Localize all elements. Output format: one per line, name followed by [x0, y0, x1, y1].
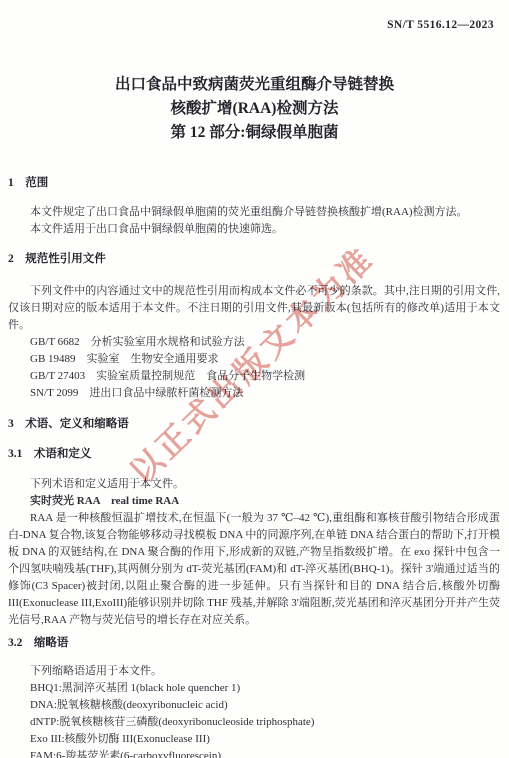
subsection-abbreviations-heading: 3.2 缩略语: [0, 637, 509, 650]
abbreviation-item: dNTP:脱氧核糖核苷三磷酸(deoxyribonucleoside triph…: [0, 714, 509, 731]
abbreviation-item: Exo III:核酸外切酶 III(Exonuclease III): [0, 731, 509, 748]
section-terms-heading: 3 术语、定义和缩略语: [0, 418, 509, 431]
reference-item: GB 19489 实验室 生物安全通用要求: [0, 351, 509, 368]
term-definition: RAA 是一种核酸恒温扩增技术,在恒温下(一般为 37 ℃–42 ℃),重组酶和…: [0, 510, 509, 629]
subsection-terms-heading: 3.1 术语和定义: [0, 448, 509, 461]
abbreviation-item: DNA:脱氧核糖核酸(deoxyribonucleic acid): [0, 697, 509, 714]
abbreviations-intro: 下列缩略语适用于本文件。: [0, 663, 509, 680]
section-scope-heading: 1 范围: [0, 177, 509, 190]
section-terms-definitions: 3 术语、定义和缩略语 3.1 术语和定义 下列术语和定义适用于本文件。 实时荧…: [0, 418, 509, 758]
scope-paragraph-1: 本文件规定了出口食品中铜绿假单胞菌的荧光重组酶介导链替换核酸扩增(RAA)检测方…: [0, 204, 509, 221]
doc-title: 出口食品中致病菌荧光重组酶介导链替换 核酸扩增(RAA)检测方法 第 12 部分…: [0, 73, 509, 145]
reference-item: GB/T 27403 实验室质量控制规范 食品分子生物学检测: [0, 368, 509, 385]
term-entry: 实时荧光 RAA real time RAA: [0, 493, 509, 510]
abbreviation-item: BHQ1:黑洞淬灭基团 1(black hole quencher 1): [0, 680, 509, 697]
scope-paragraph-2: 本文件适用于出口食品中铜绿假单胞菌的快速筛选。: [0, 221, 509, 238]
reference-item: GB/T 6682 分析实验室用水规格和试验方法: [0, 334, 509, 351]
doc-title-line-1: 出口食品中致病菌荧光重组酶介导链替换: [0, 73, 509, 97]
section-scope: 1 范围 本文件规定了出口食品中铜绿假单胞菌的荧光重组酶介导链替换核酸扩增(RA…: [0, 177, 509, 238]
section-references-heading: 2 规范性引用文件: [0, 253, 509, 266]
doc-number: SN/T 5516.12—2023: [0, 0, 509, 32]
terms-intro: 下列术语和定义适用于本文件。: [0, 476, 509, 493]
reference-item: SN/T 2099 进出口食品中绿脓杆菌检测方法: [0, 385, 509, 402]
section-normative-references: 2 规范性引用文件 下列文件中的内容通过文中的规范性引用而构成本文件必不可少的条…: [0, 253, 509, 402]
abbreviation-item: FAM:6-羧基荧光素(6-carboxyfluorescein): [0, 748, 509, 758]
standard-document-page: SN/T 5516.12—2023 出口食品中致病菌荧光重组酶介导链替换 核酸扩…: [0, 0, 509, 758]
doc-title-line-3: 第 12 部分:铜绿假单胞菌: [0, 121, 509, 145]
references-intro: 下列文件中的内容通过文中的规范性引用而构成本文件必不可少的条款。其中,注日期的引…: [0, 283, 509, 334]
doc-title-line-2: 核酸扩增(RAA)检测方法: [0, 97, 509, 121]
